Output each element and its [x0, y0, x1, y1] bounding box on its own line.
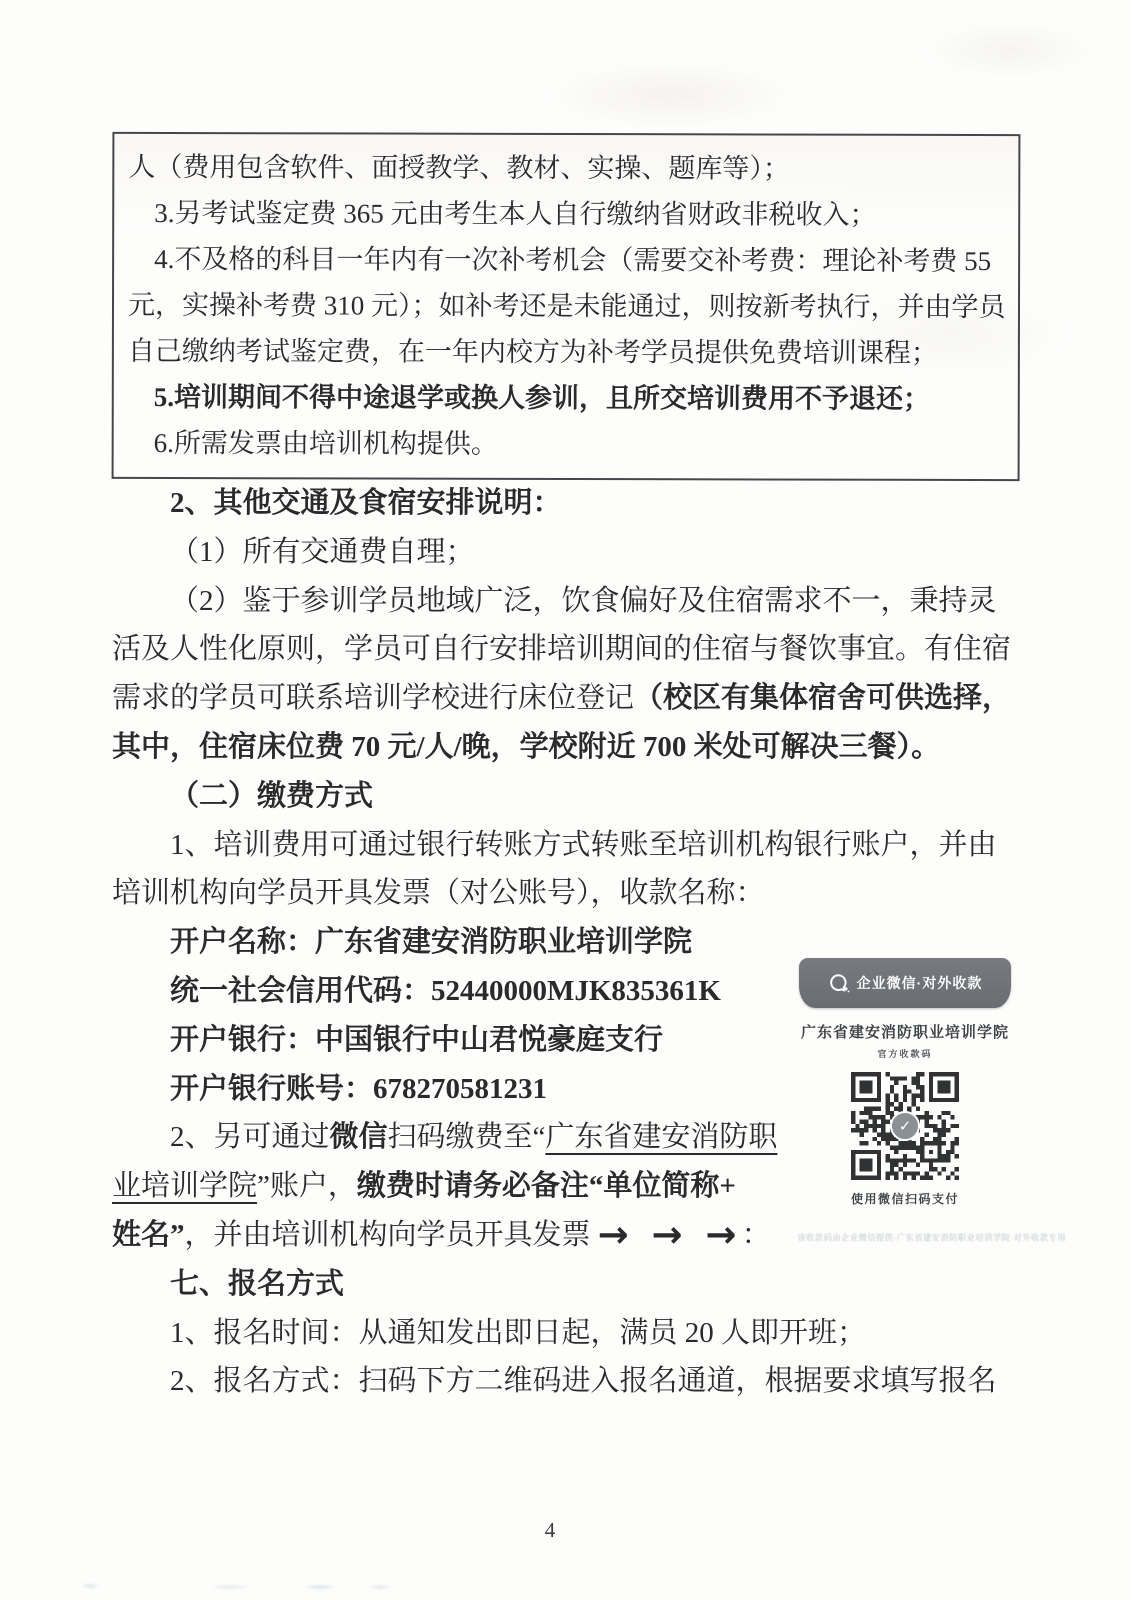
text-segment: 开户银行账号：678270581231: [170, 1073, 547, 1105]
wecom-chat-bubble-icon: [828, 972, 850, 994]
fee-note-3: 3.另考试鉴定费 365 元由考生本人自行缴纳省财政非税收入；: [128, 190, 1004, 238]
transport-item-2-line3: 需求的学员可联系培训学校进行床位登记（校区有集体宿舍可供选择，: [112, 674, 1022, 723]
arrow-icons: → → →: [598, 1213, 742, 1256]
fee-notes-box: 人（费用包含软件、面授教学、教材、实操、题库等）；3.另考试鉴定费 365 元由…: [112, 132, 1021, 481]
qr-subtitle: 官方收款码: [788, 1047, 1022, 1060]
qr-fine-print: 该收款码由企业微信提供·广东省建安消防职业培训学院·对外收款专用: [797, 1232, 1012, 1244]
text-segment: 3.另考试鉴定费 365 元由考生本人自行缴纳省财政非税收入；: [154, 198, 876, 230]
registration-item-2: 2、报名方式：扫码下方二维码进入报名通道，根据要求填写报名: [112, 1357, 1022, 1406]
text-segment: 缴费时请务必备注“单位简称+: [357, 1170, 736, 1202]
text-segment: 2、另可通过: [170, 1121, 330, 1153]
text-segment: 微信: [330, 1121, 388, 1153]
scan-smudge: [540, 60, 800, 130]
registration-item-1: 1、报名时间：从通知发出即日起，满员 20 人即开班；: [112, 1309, 1022, 1358]
scan-edge-marks: [70, 1580, 490, 1592]
wechat-payment-panel: 企业微信·对外收款 广东省建安消防职业培训学院 官方收款码 ✓ 使用微信扫码支付…: [788, 952, 1022, 1244]
transport-item-2-line4: 其中，住宿床位费 70 元/人/晚，学校附近 700 米处可解决三餐）。: [112, 723, 1022, 772]
transport-item-2-line1: （2）鉴于参训学员地域广泛，饮食偏好及住宿需求不一，秉持灵: [112, 577, 1022, 626]
text-segment: （校区有集体宿舍可供选择，: [634, 682, 1011, 714]
payment-item-1-line1: 1、培训费用可通过银行转账方式转账至培训机构银行账户，并由: [112, 821, 1022, 870]
qr-org-name: 广东省建安消防职业培训学院: [788, 1021, 1022, 1042]
fee-note-5: 5.培训期间不得中途退学或换人参训，且所交培训费用不予退还；: [128, 374, 1004, 422]
document-page: 人（费用包含软件、面授教学、教材、实操、题库等）；3.另考试鉴定费 365 元由…: [0, 0, 1130, 1600]
fee-note-4-line1: 4.不及格的科目一年内有一次补考机会（需要交补考费：理论补考费 55: [128, 236, 1004, 284]
text-segment: ”账户，: [257, 1170, 357, 1202]
text-segment: ：: [742, 1219, 771, 1251]
text-segment: 培训机构向学员开具发票（对公账号），收款名称：: [112, 877, 765, 909]
text-segment: 统一社会信用代码：52440000MJK835361K: [170, 975, 721, 1007]
page-number: 4: [0, 1518, 1100, 1543]
text-segment: （1）所有交通费自理；: [170, 536, 475, 568]
fee-note-4-line2: 元，实操补考费 310 元）；如补考还是未能通过，则按新考执行，并由学员: [128, 282, 1004, 330]
text-segment: 元，实操补考费 310 元）；如补考还是未能通过，则按新考执行，并由学员: [128, 290, 1006, 322]
wecom-header-label: 企业微信·对外收款: [857, 973, 983, 993]
qr-scan-hint: 使用微信扫码支付: [788, 1190, 1022, 1207]
heading-registration-method: 七、报名方式: [112, 1260, 1022, 1309]
heading-payment-method: （二）缴费方式: [112, 772, 1022, 821]
text-segment: 活及人性化原则，学员可自行安排培训期间的住宿与餐饮事宜。有住宿: [112, 633, 1011, 665]
document-body: 2、其他交通及食宿安排说明：（1）所有交通费自理；（2）鉴于参训学员地域广泛，饮…: [112, 479, 1022, 1406]
text-segment: 2、报名方式：扫码下方二维码进入报名通道，根据要求填写报名: [170, 1365, 997, 1397]
transport-item-1: （1）所有交通费自理；: [112, 528, 1022, 577]
text-segment: 6.所需发票由培训机构提供。: [154, 428, 498, 459]
text-segment: 扫码缴费至“: [388, 1121, 546, 1153]
text-segment: 1、培训费用可通过银行转账方式转账至培训机构银行账户，并由: [170, 829, 997, 861]
text-segment: 广东省建安消防职: [545, 1121, 777, 1153]
text-segment: 4.不及格的科目一年内有一次补考机会（需要交补考费：理论补考费 55: [154, 244, 991, 276]
wecom-header-bar: 企业微信·对外收款: [799, 958, 1011, 1008]
payment-qr-code: ✓: [851, 1072, 959, 1180]
text-segment: 需求的学员可联系培训学校进行床位登记: [112, 682, 634, 714]
payment-item-1-line2: 培训机构向学员开具发票（对公账号），收款名称：: [112, 869, 1022, 918]
heading-transport-arrangements: 2、其他交通及食宿安排说明：: [112, 479, 1022, 528]
text-segment: （二）缴费方式: [170, 780, 373, 812]
text-segment: ，并由培训机构向学员开具发票: [185, 1219, 598, 1251]
text-segment: 5.培训期间不得中途退学或换人参训，且所交培训费用不予退还；: [154, 382, 930, 414]
text-segment: 业培训学院: [112, 1170, 257, 1202]
text-segment: 其中，住宿床位费 70 元/人/晚，学校附近 700 米处可解决三餐）。: [112, 731, 940, 763]
text-segment: 姓名”: [112, 1219, 185, 1251]
wechat-check-badge-icon: ✓: [890, 1111, 920, 1141]
fee-note-continued: 人（费用包含软件、面授教学、教材、实操、题库等）；: [128, 144, 1004, 192]
text-segment: （2）鉴于参训学员地域广泛，饮食偏好及住宿需求不一，秉持灵: [170, 585, 997, 617]
text-segment: 开户银行：中国银行中山君悦豪庭支行: [170, 1024, 663, 1056]
fee-note-6: 6.所需发票由培训机构提供。: [128, 420, 1004, 468]
transport-item-2-line2: 活及人性化原则，学员可自行安排培训期间的住宿与餐饮事宜。有住宿: [112, 625, 1022, 674]
fee-note-4-line3: 自己缴纳考试鉴定费，在一年内校方为补考学员提供免费培训课程；: [128, 328, 1004, 376]
scan-smudge: [920, 20, 1100, 80]
text-segment: 人（费用包含软件、面授教学、教材、实操、题库等）；: [128, 152, 790, 184]
text-segment: 2、其他交通及食宿安排说明：: [170, 487, 562, 519]
text-segment: 开户名称：广东省建安消防职业培训学院: [170, 926, 692, 958]
text-segment: 七、报名方式: [170, 1268, 344, 1300]
text-segment: 1、报名时间：从通知发出即日起，满员 20 人即开班；: [170, 1317, 866, 1349]
text-segment: 自己缴纳考试鉴定费，在一年内校方为补考学员提供免费培训课程；: [128, 336, 938, 368]
